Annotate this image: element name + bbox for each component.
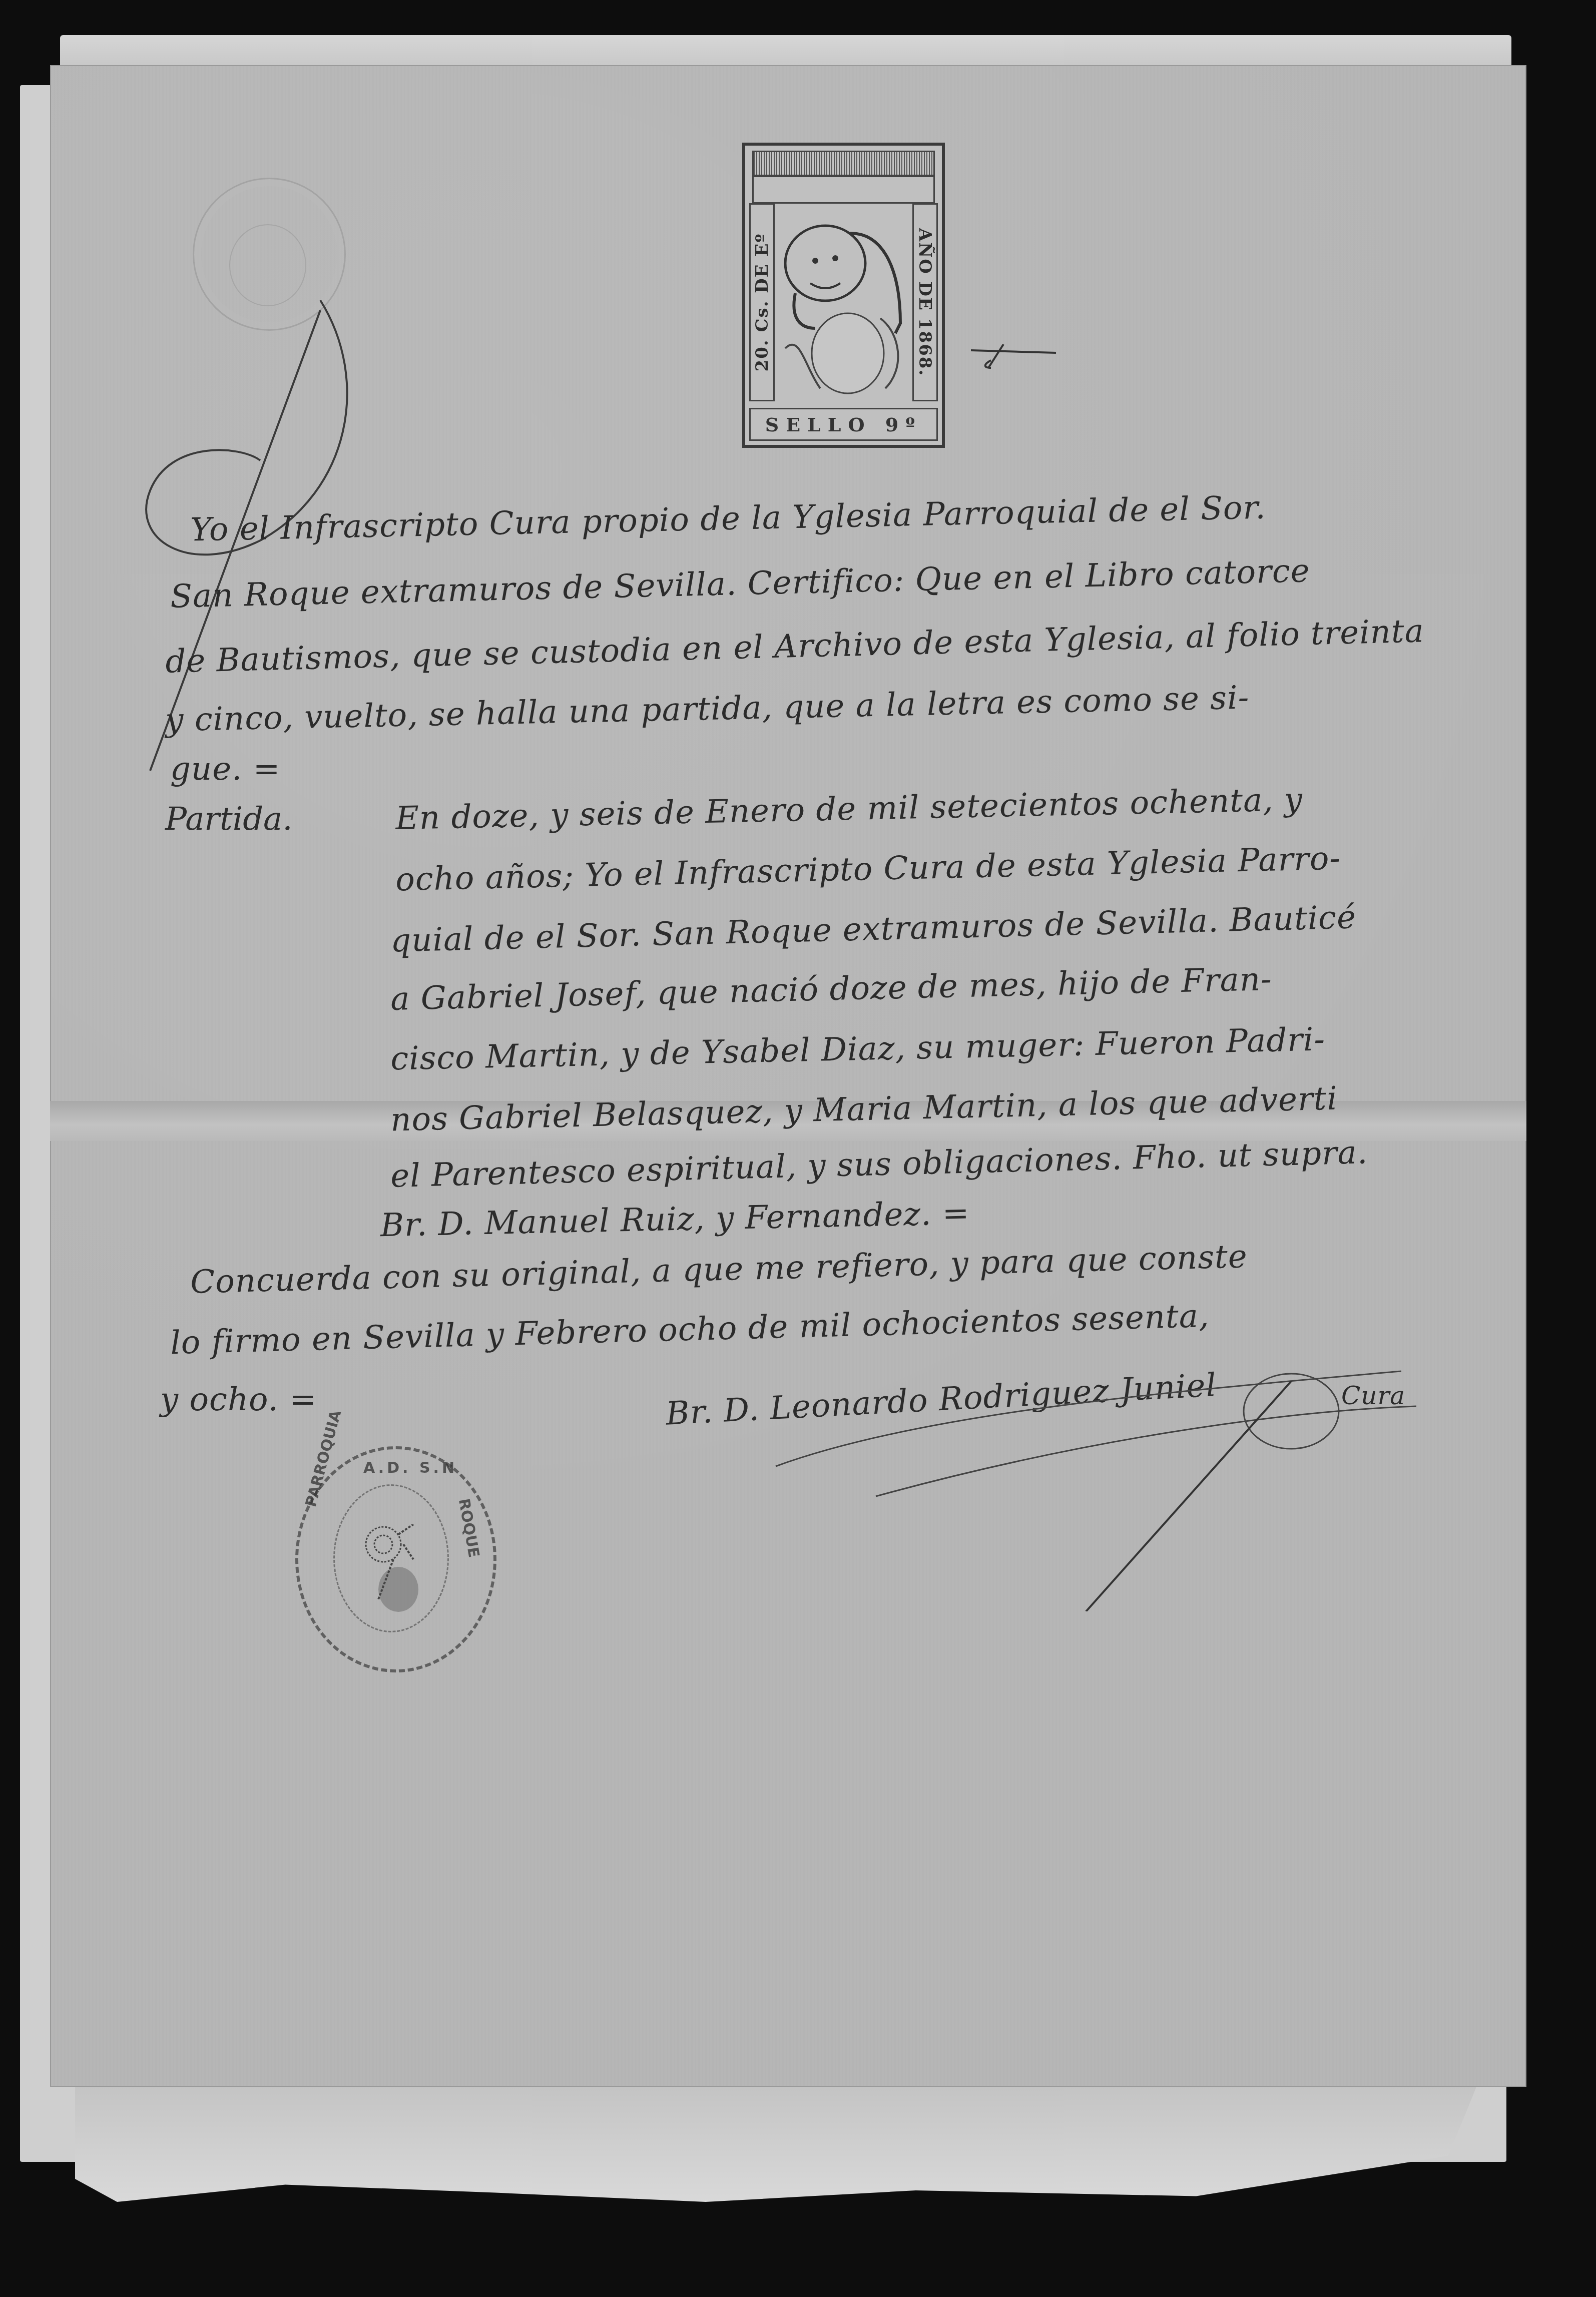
torn-bottom-edge bbox=[75, 2087, 1476, 2202]
stamp-value-text: 20. Cs. DE Eº bbox=[752, 233, 772, 371]
parish-stamp-right: ROQUE bbox=[455, 1497, 482, 1559]
stamp-ornament-band bbox=[752, 151, 935, 176]
stamp-sello-label: SELLO 9º bbox=[749, 408, 938, 441]
stamp-arch bbox=[752, 176, 935, 204]
body-line-5: gue. = bbox=[170, 751, 280, 788]
margin-label-partida: Partida. bbox=[165, 801, 293, 838]
revenue-stamp: 20. Cs. DE Eº AÑO DE 1868. SELLO 9º bbox=[742, 143, 945, 448]
closing-line-3: y ocho. = bbox=[160, 1381, 317, 1418]
stamp-year-text: AÑO DE 1868. bbox=[915, 228, 935, 377]
stamp-year-side: AÑO DE 1868. bbox=[912, 203, 938, 401]
cross-mark bbox=[968, 340, 1058, 372]
parish-emblem-icon bbox=[358, 1524, 433, 1614]
parish-stamp-top: A.D. S.N bbox=[363, 1459, 457, 1477]
signature-flourish-icon bbox=[726, 1331, 1426, 1611]
stamp-value-side: 20. Cs. DE Eº bbox=[749, 203, 775, 401]
lion-emblem-icon bbox=[775, 203, 910, 398]
parish-ink-stamp: A.D. S.N PARROQUIA ROQUE bbox=[295, 1446, 496, 1672]
